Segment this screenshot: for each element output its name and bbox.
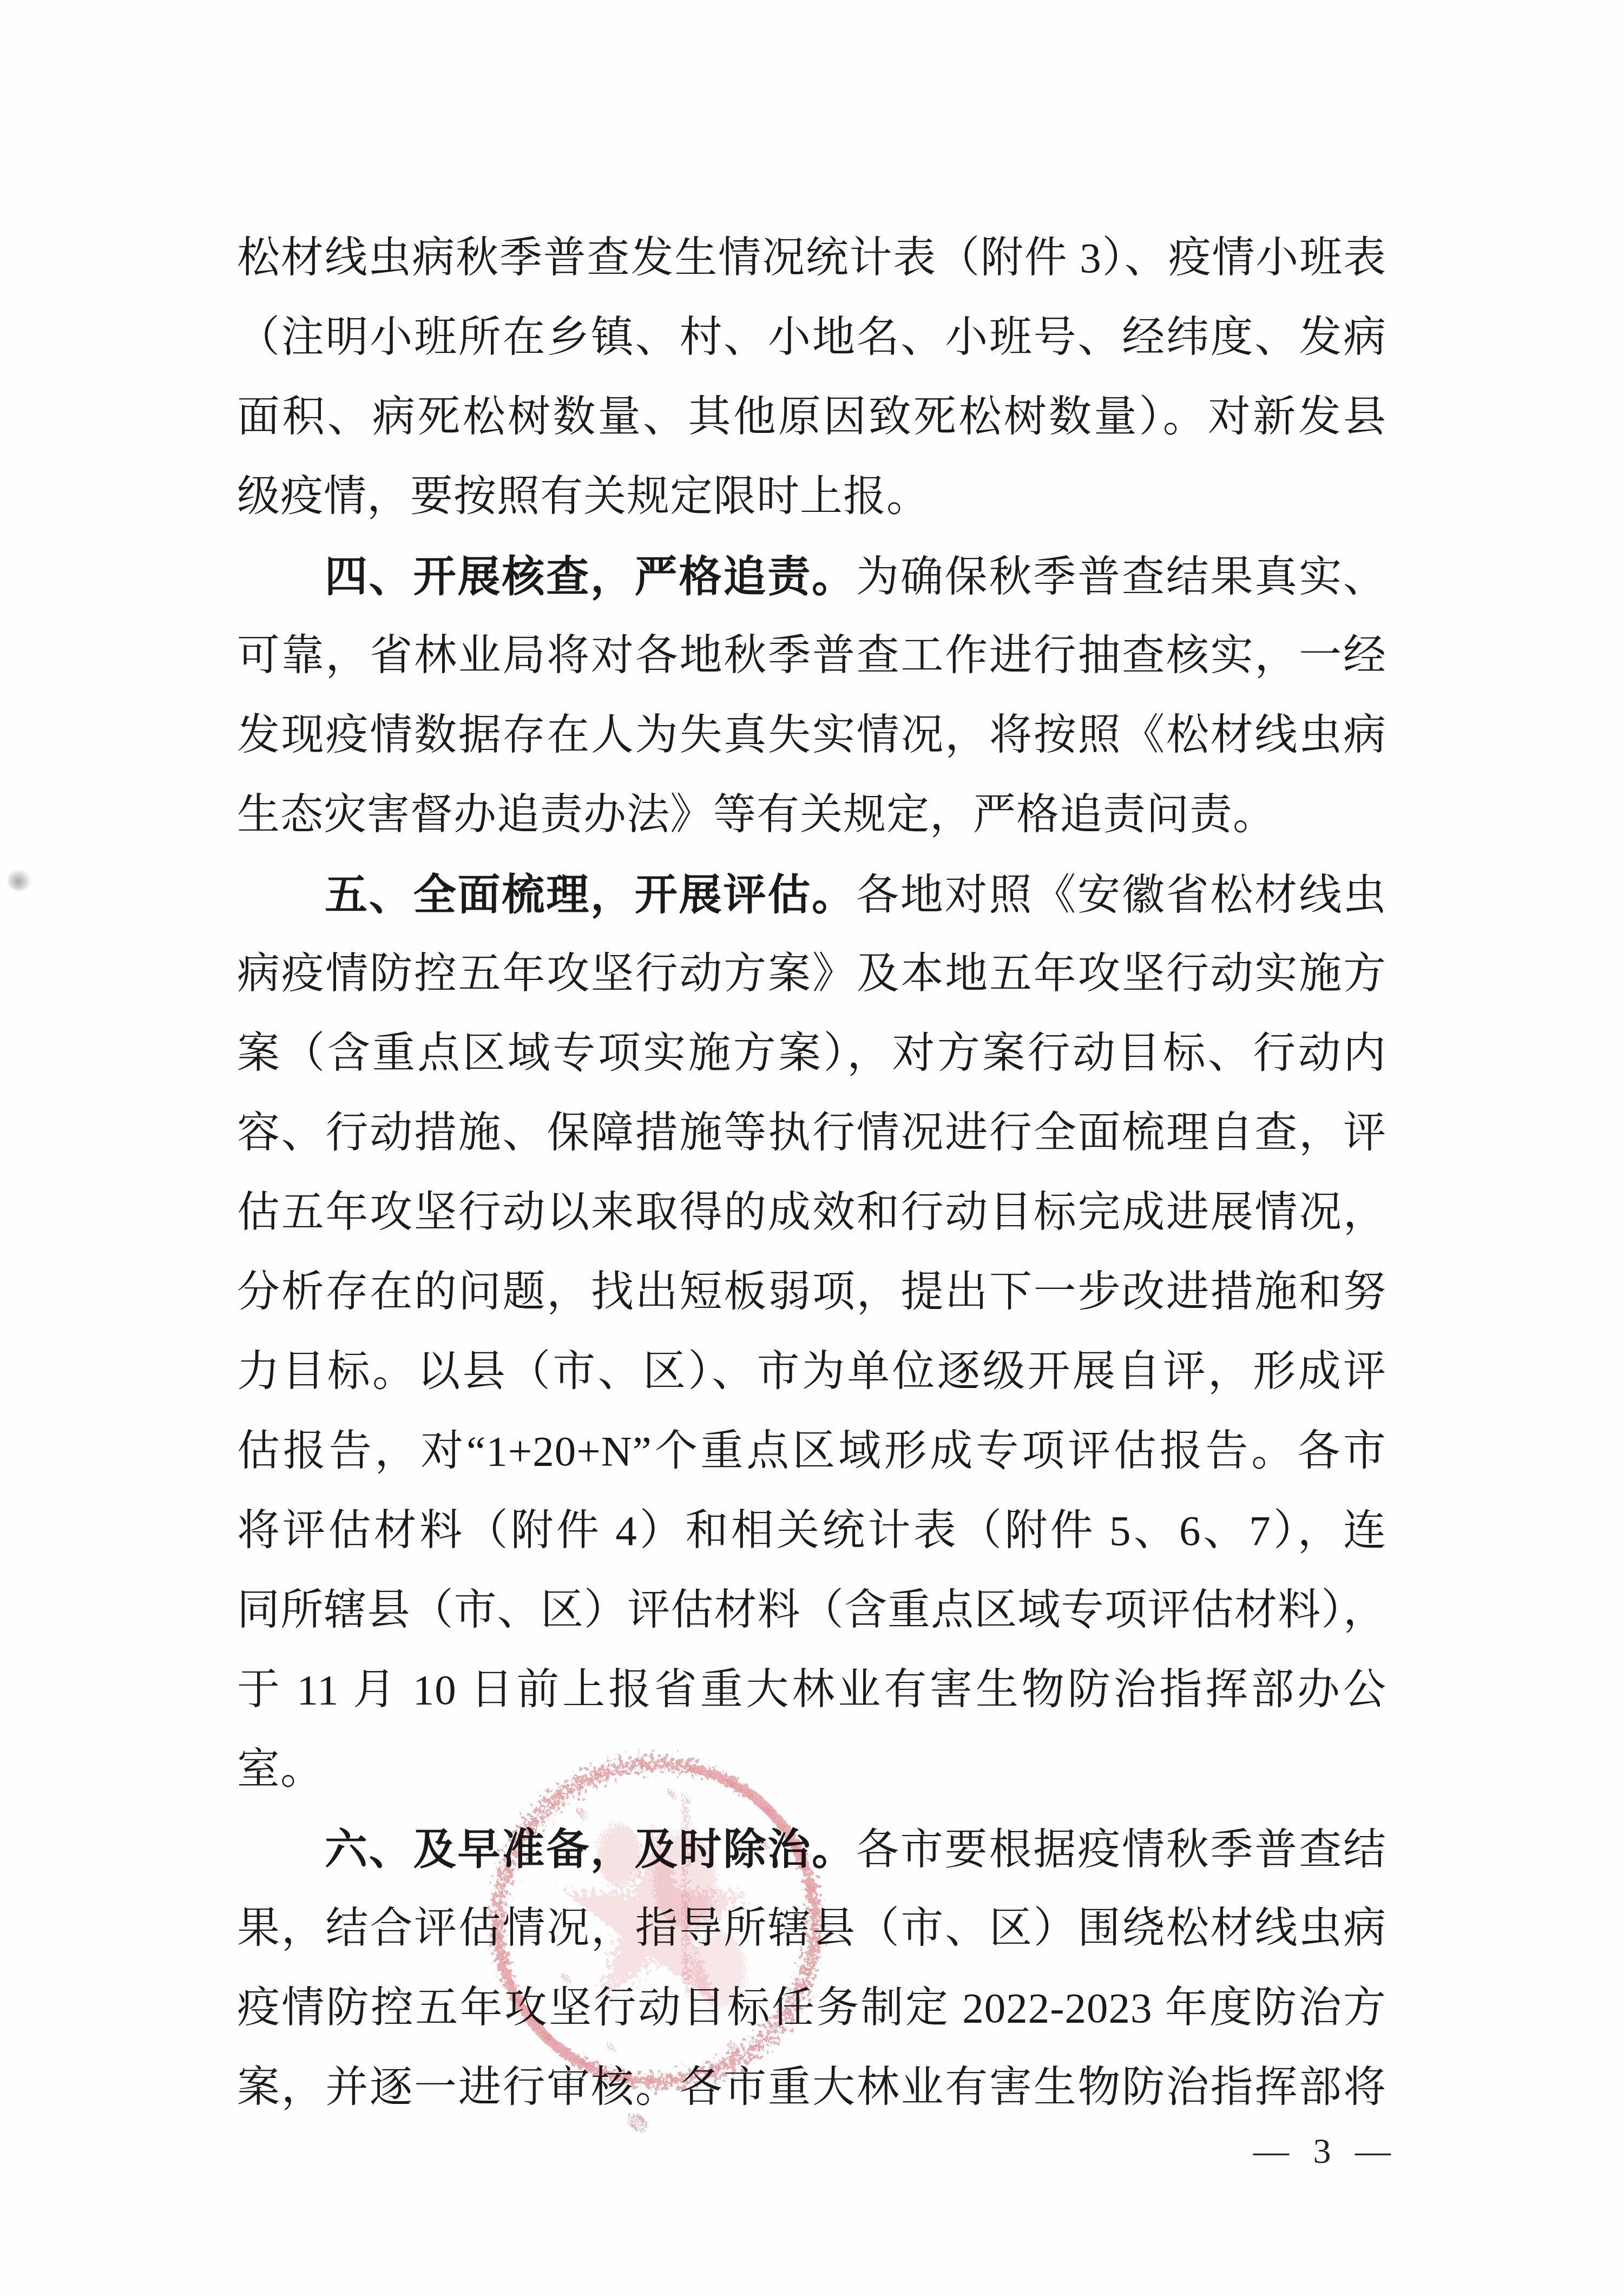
document-body: 松材线虫病秋季普查发生情况统计表（附件 3）、疫情小班表（注明小班所在乡镇、村、… [237,219,1386,2128]
body-text-segment: 案（含重点区域专项实施方案），对方案行动目标、行动内 [237,1030,1386,1077]
page-number: — 3 — [1253,2131,1398,2172]
body-text-segment: 于 11 月 10 日前上报省重大林业有害生物防治指挥部办公 [237,1667,1386,1714]
body-text-segment: 估报告，对“1+20+N”个重点区域形成专项评估报告。各市 [237,1428,1386,1475]
text-line-19: 于 11 月 10 日前上报省重大林业有害生物防治指挥部办公 [237,1650,1386,1730]
body-text-segment: 分析存在的问题，找出短板弱项，提出下一步改进措施和努 [237,1269,1386,1316]
text-line-3: 面积、病死松树数量、其他原因致死松树数量）。对新发县 [237,378,1386,457]
body-text-segment: 容、行动措施、保障措施等执行情况进行全面梳理自查，评 [237,1110,1386,1157]
text-line-4: 级疫情，要按照有关规定限时上报。 [237,457,1386,537]
body-text-segment: 估五年攻坚行动以来取得的成效和行动目标完成进展情况， [237,1189,1386,1236]
text-line-7: 发现疫情数据存在人为失真失实情况，将按照《松材线虫病 [237,696,1386,775]
section-heading: 五、全面梳理，开展评估。 [325,871,856,919]
body-text-segment: 级疫情，要按照有关规定限时上报。 [237,473,930,521]
body-text-segment: 为确保秋季普查结果真实、 [856,554,1386,601]
body-text-segment: 力目标。以县（市、区）、市为单位逐级开展自评，形成评 [237,1348,1386,1396]
body-text-segment: 疫情防控五年攻坚行动目标任务制定 2022-2023 年度防治方 [237,1985,1386,2032]
text-line-11: 案（含重点区域专项实施方案），对方案行动目标、行动内 [237,1014,1386,1094]
text-line-20: 室。 [237,1730,1386,1810]
body-text-segment: 室。 [237,1746,324,1793]
text-line-23: 疫情防控五年攻坚行动目标任务制定 2022-2023 年度防治方 [237,1969,1386,2048]
text-line-1: 松材线虫病秋季普查发生情况统计表（附件 3）、疫情小班表 [237,219,1386,298]
text-line-2: （注明小班所在乡镇、村、小地名、小班号、经纬度、发病 [237,298,1386,378]
text-line-9: 五、全面梳理，开展评估。各地对照《安徽省松材线虫 [237,855,1386,935]
body-text-segment: 病疫情防控五年攻坚行动方案》及本地五年攻坚行动实施方 [237,951,1386,998]
text-line-13: 估五年攻坚行动以来取得的成效和行动目标完成进展情况， [237,1173,1386,1253]
body-text-segment: 可靠，省林业局将对各地秋季普查工作进行抽查核实，一经 [237,633,1386,680]
text-line-12: 容、行动措施、保障措施等执行情况进行全面梳理自查，评 [237,1094,1386,1173]
body-text-segment: 松材线虫病秋季普查发生情况统计表（附件 3）、疫情小班表 [237,235,1386,282]
text-line-10: 病疫情防控五年攻坚行动方案》及本地五年攻坚行动实施方 [237,935,1386,1014]
text-line-14: 分析存在的问题，找出短板弱项，提出下一步改进措施和努 [237,1253,1386,1332]
body-text-segment: 面积、病死松树数量、其他原因致死松树数量）。对新发县 [237,394,1386,441]
text-line-6: 可靠，省林业局将对各地秋季普查工作进行抽查核实，一经 [237,616,1386,696]
text-line-5: 四、开展核查，严格追责。为确保秋季普查结果真实、 [237,537,1386,616]
body-text-segment: 将评估材料（附件 4）和相关统计表（附件 5、6、7），连 [237,1508,1386,1555]
text-line-17: 将评估材料（附件 4）和相关统计表（附件 5、6、7），连 [237,1491,1386,1571]
body-text-segment: 各市要根据疫情秋季普查结 [856,1827,1386,1874]
body-text-segment: 发现疫情数据存在人为失真失实情况，将按照《松材线虫病 [237,712,1386,759]
body-text-segment: 同所辖县（市、区）评估材料（含重点区域专项评估材料）， [237,1587,1386,1634]
text-line-18: 同所辖县（市、区）评估材料（含重点区域专项评估材料）， [237,1571,1386,1650]
body-text-segment: 果，结合评估情况，指导所辖县（市、区）围绕松材线虫病 [237,1905,1386,1952]
body-text-segment: 各地对照《安徽省松材线虫 [856,872,1386,919]
text-line-21: 六、及早准备，及时除治。各市要根据疫情秋季普查结 [237,1810,1386,1889]
text-line-15: 力目标。以县（市、区）、市为单位逐级开展自评，形成评 [237,1332,1386,1412]
body-text-segment: 生态灾害督办追责办法》等有关规定，严格追责问责。 [237,792,1276,839]
body-text-segment: （注明小班所在乡镇、村、小地名、小班号、经纬度、发病 [237,314,1386,361]
text-line-24: 案，并逐一进行审核。各市重大林业有害生物防治指挥部将 [237,2048,1386,2128]
section-heading: 六、及早准备，及时除治。 [325,1825,856,1873]
text-line-8: 生态灾害督办追责办法》等有关规定，严格追责问责。 [237,775,1386,855]
text-line-22: 果，结合评估情况，指导所辖县（市、区）围绕松材线虫病 [237,1889,1386,1969]
section-heading: 四、开展核查，严格追责。 [325,552,856,601]
body-text-segment: 案，并逐一进行审核。各市重大林业有害生物防治指挥部将 [237,2064,1386,2111]
text-line-16: 估报告，对“1+20+N”个重点区域形成专项评估报告。各市 [237,1412,1386,1491]
scan-smudge [8,870,31,891]
